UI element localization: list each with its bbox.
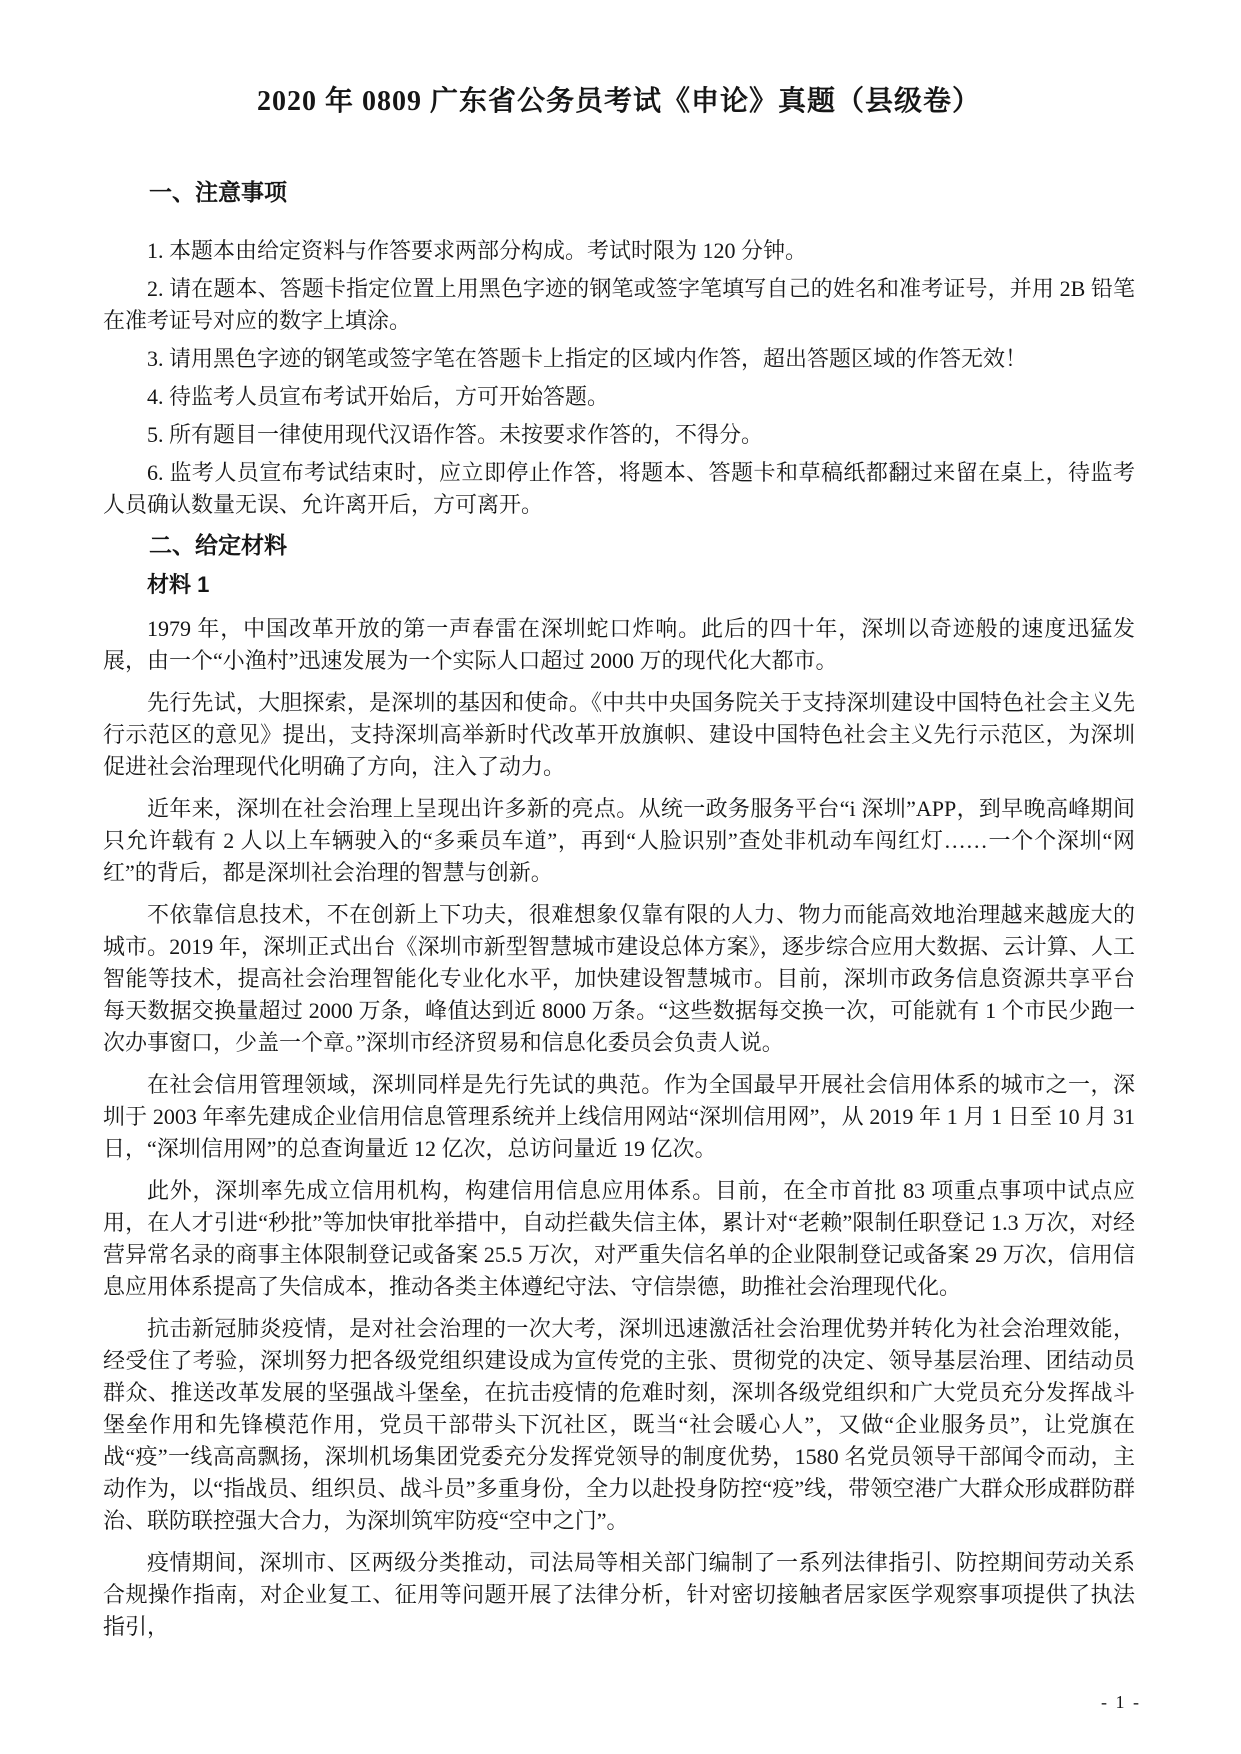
notice-item-6: 6. 监考人员宣布考试结束时，应立即停止作答，将题本、答题卡和草稿纸都翻过来留在… [103,457,1135,521]
material-paragraph-5: 在社会信用管理领域，深圳同样是先行先试的典范。作为全国最早开展社会信用体系的城市… [103,1069,1135,1165]
material-paragraph-7: 抗击新冠肺炎疫情，是对社会治理的一次大考，深圳迅速激活社会治理优势并转化为社会治… [103,1313,1135,1537]
page-number: - 1 - [1101,1692,1141,1712]
document-page: 2020 年 0809 广东省公务员考试《申论》真题（县级卷） 一、注意事项 1… [0,0,1241,1754]
materials-section: 二、给定材料 材料 1 1979 年，中国改革开放的第一声春雷在深圳蛇口炸响。此… [103,529,1135,1643]
section-heading-notices: 一、注意事项 [103,176,1135,208]
material-1-label: 材料 1 [103,569,1135,601]
notice-item-3: 3. 请用黑色字迹的钢笔或签字笔在答题卡上指定的区域内作答，超出答题区域的作答无… [103,343,1135,375]
document-title: 2020 年 0809 广东省公务员考试《申论》真题（县级卷） [103,84,1135,120]
notice-item-2: 2. 请在题本、答题卡指定位置上用黑色字迹的钢笔或签字笔填写自己的姓名和准考证号… [103,273,1135,337]
notice-item-4: 4. 待监考人员宣布考试开始后，方可开始答题。 [103,381,1135,413]
material-paragraph-6: 此外，深圳率先成立信用机构，构建信用信息应用体系。目前，在全市首批 83 项重点… [103,1175,1135,1303]
notice-section: 一、注意事项 1. 本题本由给定资料与作答要求两部分构成。考试时限为 120 分… [103,176,1135,521]
notice-item-5: 5. 所有题目一律使用现代汉语作答。未按要求作答的，不得分。 [103,419,1135,451]
material-paragraph-2: 先行先试，大胆探索，是深圳的基因和使命。《中共中央国务院关于支持深圳建设中国特色… [103,687,1135,783]
material-paragraph-1: 1979 年，中国改革开放的第一声春雷在深圳蛇口炸响。此后的四十年，深圳以奇迹般… [103,613,1135,677]
notice-item-1: 1. 本题本由给定资料与作答要求两部分构成。考试时限为 120 分钟。 [103,235,1135,267]
material-paragraph-4: 不依靠信息技术，不在创新上下功夫，很难想象仅靠有限的人力、物力而能高效地治理越来… [103,899,1135,1059]
material-paragraph-8: 疫情期间，深圳市、区两级分类推动，司法局等相关部门编制了一系列法律指引、防控期间… [103,1547,1135,1643]
section-heading-materials: 二、给定材料 [103,529,1135,561]
material-paragraph-3: 近年来，深圳在社会治理上呈现出许多新的亮点。从统一政务服务平台“i 深圳”APP… [103,793,1135,889]
